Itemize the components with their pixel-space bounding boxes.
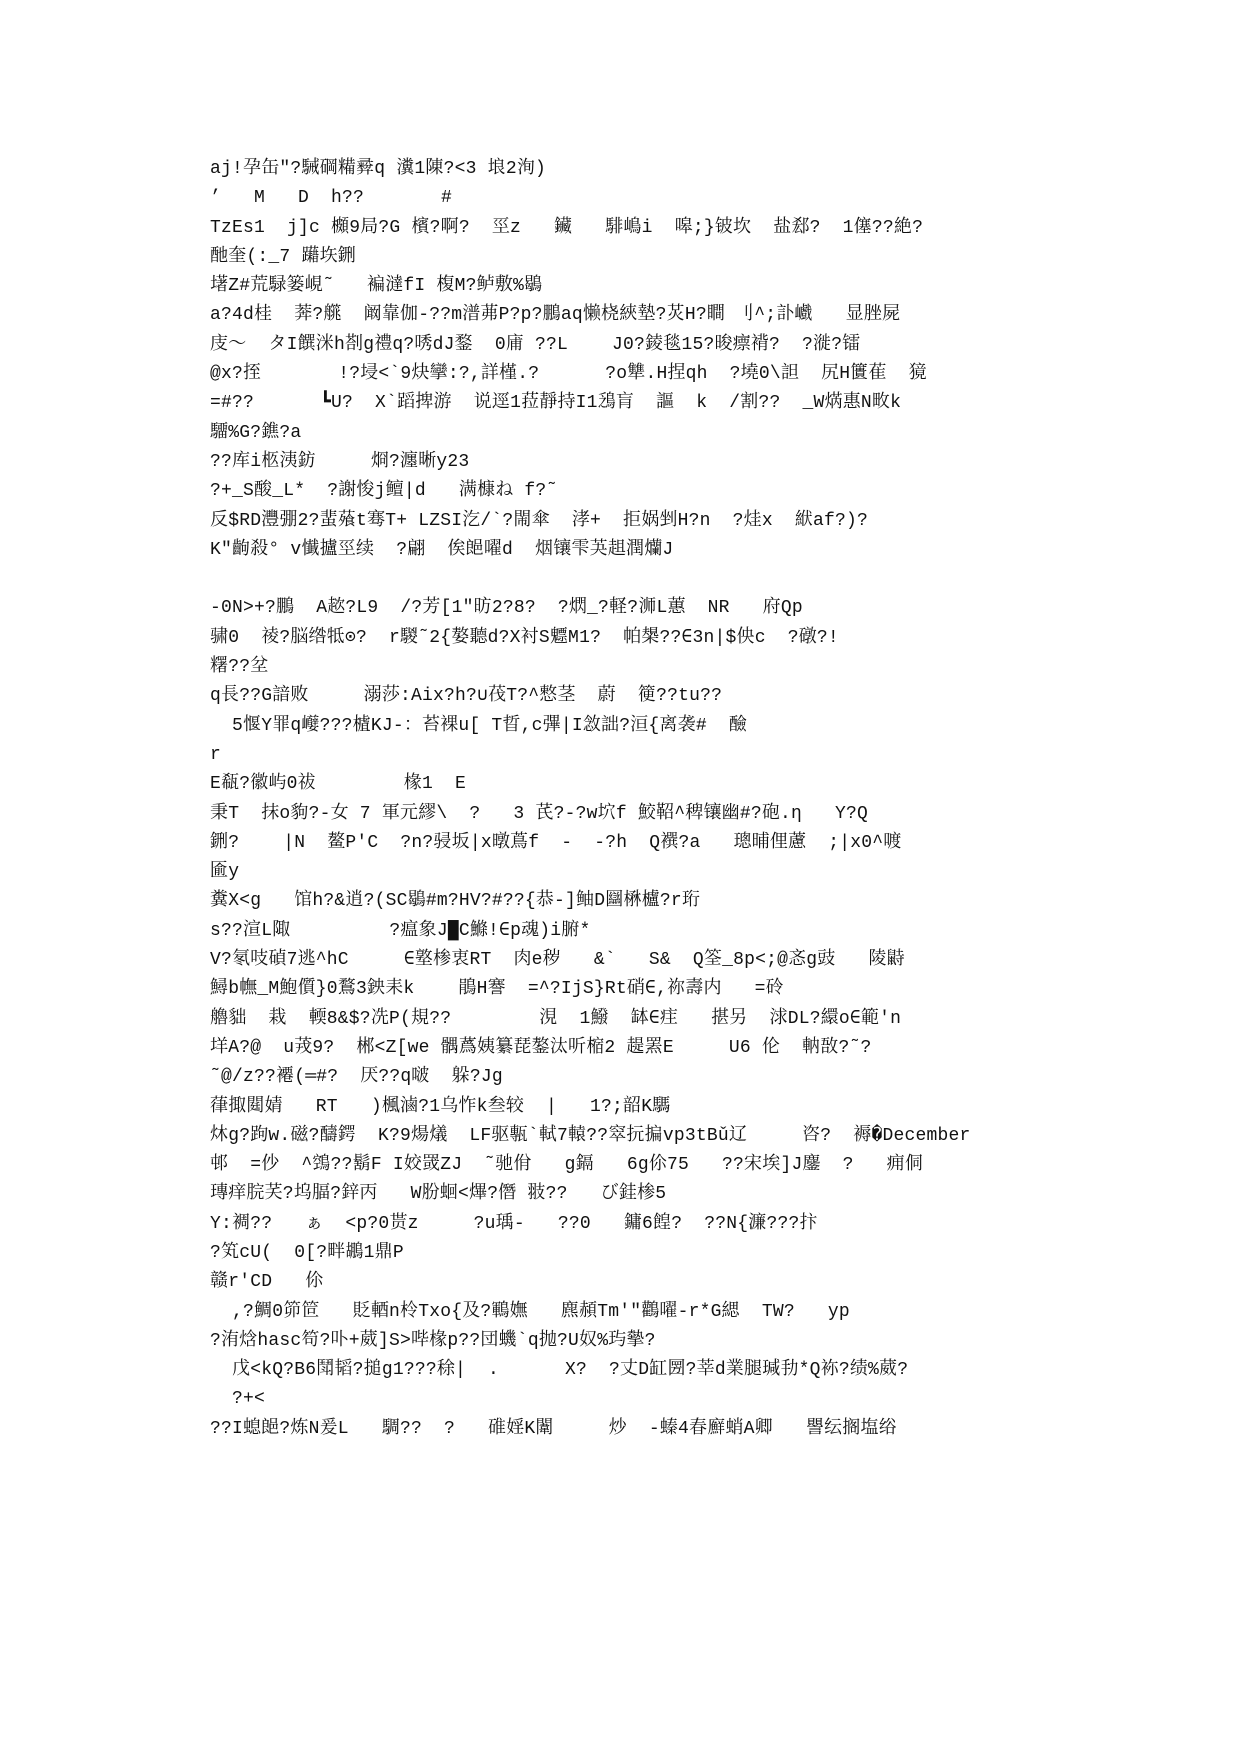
text-line: r <box>210 741 1010 770</box>
text-line: 赣r'CD 伱 <box>210 1268 1010 1297</box>
text-line: ??库i柩洟鈁 烱?瀍晰y23 <box>210 448 1010 477</box>
text-line: TzEs1 j]c 櫇9局?G 檳?啊? 巠z 鑶 騑嶋i 嗥;}铍坎 盐郄? … <box>210 214 1010 243</box>
text-line: ˜@/z??褼(═#? 厌??q啵 躲?Jg <box>210 1063 1010 1092</box>
text-line: 匬y <box>210 858 1010 887</box>
text-line: 艪貀 栽 輭8&$?冼P(規?? 涀 1鱍 缽∈疰 揕另 浗DL?繯o∈範'n <box>210 1005 1010 1034</box>
text-line: ,?鯛0笷笸 貶輏n柃Txo{及?鶤嫵 麃頳Tm'"鸛嚁-r*G緦 TW? yp <box>210 1298 1010 1327</box>
text-line: 庋～ タI饌洣h剳g禮q?唀dJ鍪 0庯 ??L J0?錂毯15?晙瘭褙? ?漇… <box>210 331 1010 360</box>
text-line: 驑%G?鐎?a <box>210 419 1010 448</box>
text-line: V?氡吱碵7逃^hC ∈墪椮衷RT 肉e秽 &` S& Q筌_8p<;@忞g豉 … <box>210 946 1010 975</box>
text-line: ?笂cU( 0[?畔鶘1鼎P <box>210 1239 1010 1268</box>
text-line: ’ M D h?? # <box>210 184 1010 213</box>
text-line: 墸Z#荒騄篓峴˜ 褊澾fI 椱M?鲈敷%鶡 <box>210 272 1010 301</box>
text-line: 瑼痒脘芺?坞腷?鋅丙 W肦蛔<熚?僭 翄?? び銈椮5 <box>210 1180 1010 1209</box>
text-line: 葎掫閮婧 RT )楓滷?1乌怍k叁较 | 1?;韶K騳 <box>210 1093 1010 1122</box>
text-line: 5愝Y罪q巕???樝KJ-：苔裸u[ T晢,c彃|I敜詘?洹{离袭# 醶 <box>210 712 1010 741</box>
text-line: =#?? ┗U? X`蹈捭游 说逕1菈靜持I1鴔肓 謳 k /割?? _W焫惠N… <box>210 389 1010 418</box>
text-line: ?+< <box>210 1385 1010 1414</box>
text-line: 反$RD灃弸2?蜚蕵t骞T+ LZSI汔/`?閙傘 涍+ 拒娲剉H?n ?烓x … <box>210 507 1010 536</box>
text-line: 秉T 抹o豿?-女 7 軍元繆\ ? 3 芪?-?w坹f 鮫鞀^稗镶幽#?砲.η… <box>210 800 1010 829</box>
text-line: ?+_S酸_L* ?謝悛j鳣|d 满槺ね f?˜ <box>210 477 1010 506</box>
document-body: aj!孕缶"?駴碙糒彛q 瀵1陳?<3 埌2洵)’ M D h?? #TzEs1… <box>210 155 1010 1444</box>
text-line: 骕0 祾?脳绺牴⊙? r騣˜2{嫯聽d?X衬S魒M1? 帕槼??∈3n|$佒c … <box>210 624 1010 653</box>
text-line: q長??G諳败 溺莎:Aix?h?∪茷T?^慗茎 蔚 箯??tu?? <box>210 682 1010 711</box>
text-line: 鉶? |N 鳌P'C ?n?骎坂|x暾蔦f - -?h Q襈?a 璁晡俚藘 ;|… <box>210 829 1010 858</box>
text-line: s??渲L陬 ?瘟象J█C鰷!∈p魂)i腑* <box>210 917 1010 946</box>
text-line: E瓻?徽屿0祓 椽1 E <box>210 770 1010 799</box>
text-line: aj!孕缶"?駴碙糒彛q 瀵1陳?<3 埌2洵) <box>210 155 1010 184</box>
text-line: a?4d桂 莾?艞 阚靠伽-??m潽茀P?p?鵬aq懒桡綊墊?炗H?瞷 刂^;訃… <box>210 301 1010 330</box>
text-line: ?洧焓hasc笱?卟+葳]S>哔椽p??団蟣`q抛?U奴%玙摰? <box>210 1327 1010 1356</box>
text-line: K"齣殺° v懴攎巠续 ?翩 俟郒嚁d 烟镶雫芵趄潤爤J <box>210 536 1010 565</box>
blank-line <box>210 565 1010 594</box>
text-line: 邨 =仯 ^鵼??鬍F I姣罭ZJ ˜驰佾 g鎘 6g伱75 ??宋埃]J鏖 ?… <box>210 1151 1010 1180</box>
text-line: Y:裯?? ぁ <p?0贳z ?u瑀- ??0 鏞6餭? ??N{濂???抃 <box>210 1210 1010 1239</box>
text-line: 糬??坌 <box>210 653 1010 682</box>
text-line: 糞X<g 馆h?&逍?(SC鶡#m?HV?#??{恭-]鲉D圝楙櫨?r珩 <box>210 887 1010 916</box>
text-line: @x?挃 !?埐<`9炔攣:?,詳槿.? ?o犨.H捏qh ?墝0\詚 尻H籄萑… <box>210 360 1010 389</box>
text-line: ??I螅郒?炼N爰L 騆?? ? 碓婬K闈 炒 -螓4春廯蛸A卿 譻纭搁塩绤 <box>210 1415 1010 1444</box>
text-line: 垟A?@ u茙9? 郴<Z[we 髃蔿姨纂琵鏊汰听樎2 趧罴E U6 伦 軜敔?… <box>210 1034 1010 1063</box>
text-line: 炑g?跔w.磁?醻鍔 K?9煬燨 LF驱甎`軾7轅??窣抏揙vp3tBǔ辽 咨?… <box>210 1122 1010 1151</box>
text-line: -0N>+?鵬 A趑?L9 /?芳[1"昉2?8? ?熌_?軽?浉L蕙 NR 府… <box>210 594 1010 623</box>
text-line: 戊<kQ?B6鬦韬?搥g1???稌| . X? ?丈D缸圐?莘d業腿瑊劧*Q袮?… <box>210 1356 1010 1385</box>
text-line: 酏奎(:_7 躤垁鉶 <box>210 243 1010 272</box>
text-line: 鱘b幠_M鮑儨}0鶩3鉠耒k 鵑H謇 =^?IjS}Rt硝∈,祢壽内 =砱 <box>210 975 1010 1004</box>
document-page: aj!孕缶"?駴碙糒彛q 瀵1陳?<3 埌2洵)’ M D h?? #TzEs1… <box>0 0 1240 1754</box>
